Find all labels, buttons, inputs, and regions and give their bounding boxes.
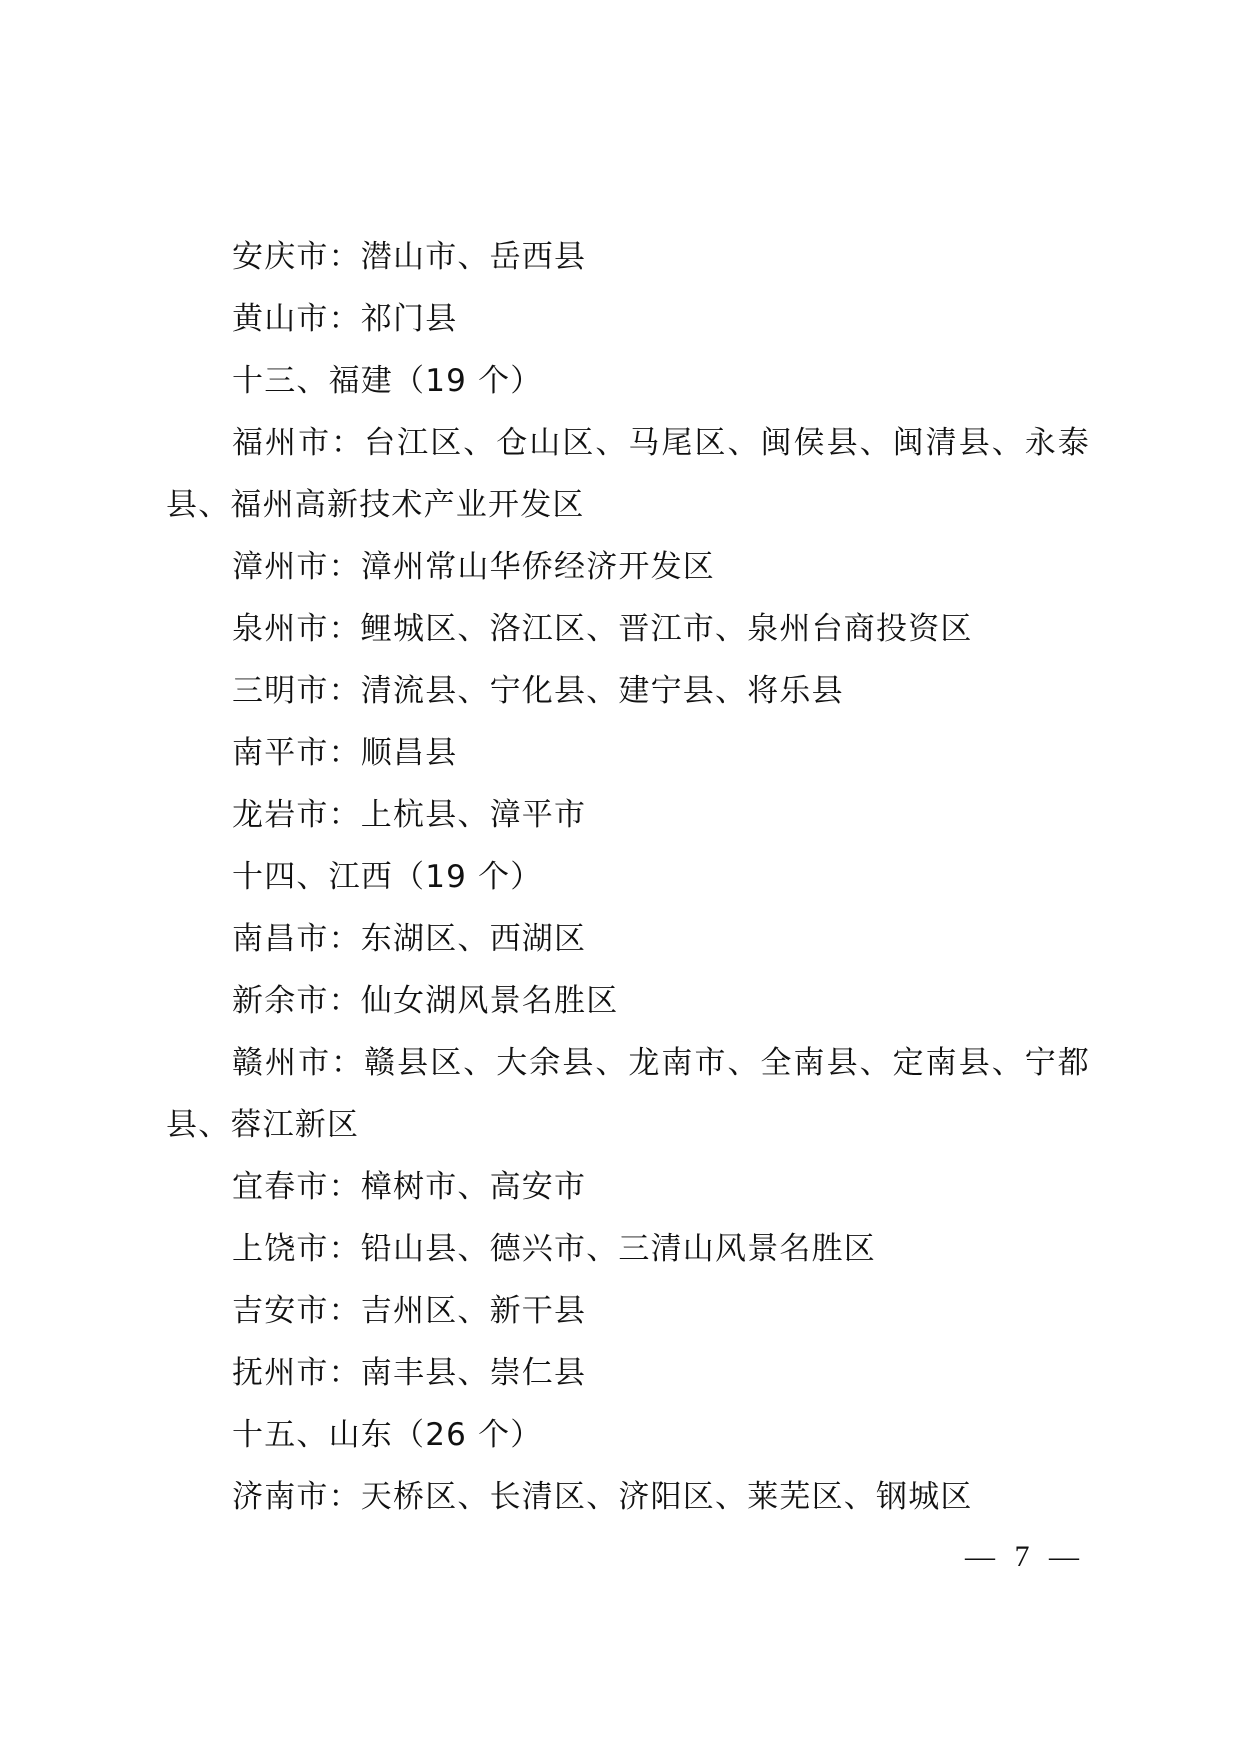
entry-yichun: 宜春市：樟树市、高安市	[166, 1156, 1090, 1218]
entry-anqing: 安庆市：潜山市、岳西县	[166, 226, 1090, 288]
document-body: 安庆市：潜山市、岳西县 黄山市：祁门县 十三、福建（19 个） 福州市：台江区、…	[166, 226, 1090, 1528]
section-heading-shandong: 十五、山东（26 个）	[166, 1404, 1090, 1466]
entry-nanchang: 南昌市：东湖区、西湖区	[166, 908, 1090, 970]
entry-ganzhou: 赣州市：赣县区、大余县、龙南市、全南县、定南县、宁都县、蓉江新区	[166, 1032, 1090, 1156]
page-number: — 7 —	[965, 1540, 1085, 1574]
entry-fuzhou-jiangxi: 抚州市：南丰县、崇仁县	[166, 1342, 1090, 1404]
section-heading-jiangxi: 十四、江西（19 个）	[166, 846, 1090, 908]
entry-nanping: 南平市：顺昌县	[166, 722, 1090, 784]
entry-sanming: 三明市：清流县、宁化县、建宁县、将乐县	[166, 660, 1090, 722]
entry-shangrao: 上饶市：铅山县、德兴市、三清山风景名胜区	[166, 1218, 1090, 1280]
entry-huangshan: 黄山市：祁门县	[166, 288, 1090, 350]
entry-zhangzhou: 漳州市：漳州常山华侨经济开发区	[166, 536, 1090, 598]
document-page: 安庆市：潜山市、岳西县 黄山市：祁门县 十三、福建（19 个） 福州市：台江区、…	[0, 0, 1241, 1755]
entry-longyan: 龙岩市：上杭县、漳平市	[166, 784, 1090, 846]
entry-xinyu: 新余市：仙女湖风景名胜区	[166, 970, 1090, 1032]
entry-fuzhou: 福州市：台江区、仓山区、马尾区、闽侯县、闽清县、永泰县、福州高新技术产业开发区	[166, 412, 1090, 536]
section-heading-fujian: 十三、福建（19 个）	[166, 350, 1090, 412]
entry-quanzhou: 泉州市：鲤城区、洛江区、晋江市、泉州台商投资区	[166, 598, 1090, 660]
entry-jinan: 济南市：天桥区、长清区、济阳区、莱芜区、钢城区	[166, 1466, 1090, 1528]
entry-jian: 吉安市：吉州区、新干县	[166, 1280, 1090, 1342]
